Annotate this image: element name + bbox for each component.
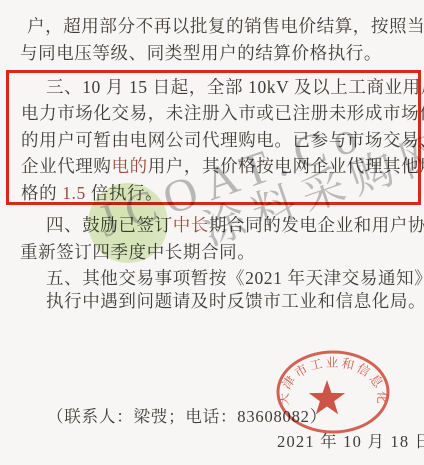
paragraph-3-line-4-text: 企业代理购 [21, 156, 112, 176]
paragraph-4-line-1-text: 期合同的发电企业和用户协商一致后 [209, 215, 424, 235]
paragraph-3-line-5-text: 倍执行。 [86, 183, 163, 203]
paragraph-3-line-3: 的用户可暂由电网公司代理购电。已参与市场交易、改为电网 [21, 127, 406, 154]
document-page: 户，超用部分不再以批复的销售电价结算，按照当月电网企业 与同电压等级、同类型用户… [0, 0, 424, 465]
emphasis-text: 电的 [112, 156, 148, 176]
paragraph-2-line-1: 户，超用部分不再以批复的销售电价结算，按照当月电网企业 [27, 13, 406, 40]
paragraph-2-line-2: 与同电压等级、同类型用户的结算价格执行。 [20, 40, 382, 67]
official-stamp: 天津市工业和信息化局 [263, 331, 413, 461]
paragraph-3-line-4: 企业代理购电的用户，其价格按电网企业代理其他用户购电价 [21, 153, 406, 180]
paragraph-3-line-5: 格的 1.5 倍执行。 [21, 180, 163, 207]
paragraph-4-line-1: 四、鼓励已签订中长期合同的发电企业和用户协商一致后 [46, 212, 406, 239]
paragraph-3-line-5-text: 格的 [21, 183, 62, 203]
emphasis-text: 1.5 [62, 183, 86, 203]
paragraph-6-line-1: 执行中遇到问题请及时反馈市工业和信息化局。 [46, 288, 424, 315]
stamp-star-icon [309, 380, 345, 414]
paragraph-3-line-4-text: 用户，其价格按电网企业代理其他用户购电价 [148, 156, 424, 176]
paragraph-3-line-1: 三、10 月 15 日起，全部 10kV 及以上工商业用户均应参与 [46, 74, 406, 101]
paragraph-4-line-2: 重新签订四季度中长期合同。 [20, 239, 255, 266]
paragraph-3-line-2: 电力市场化交易，未注册入市或已注册未形成市场化交易合同 [21, 100, 406, 127]
emphasis-text: 中长 [173, 215, 209, 235]
paragraph-4-line-1-text: 四、鼓励已签订 [46, 215, 173, 235]
